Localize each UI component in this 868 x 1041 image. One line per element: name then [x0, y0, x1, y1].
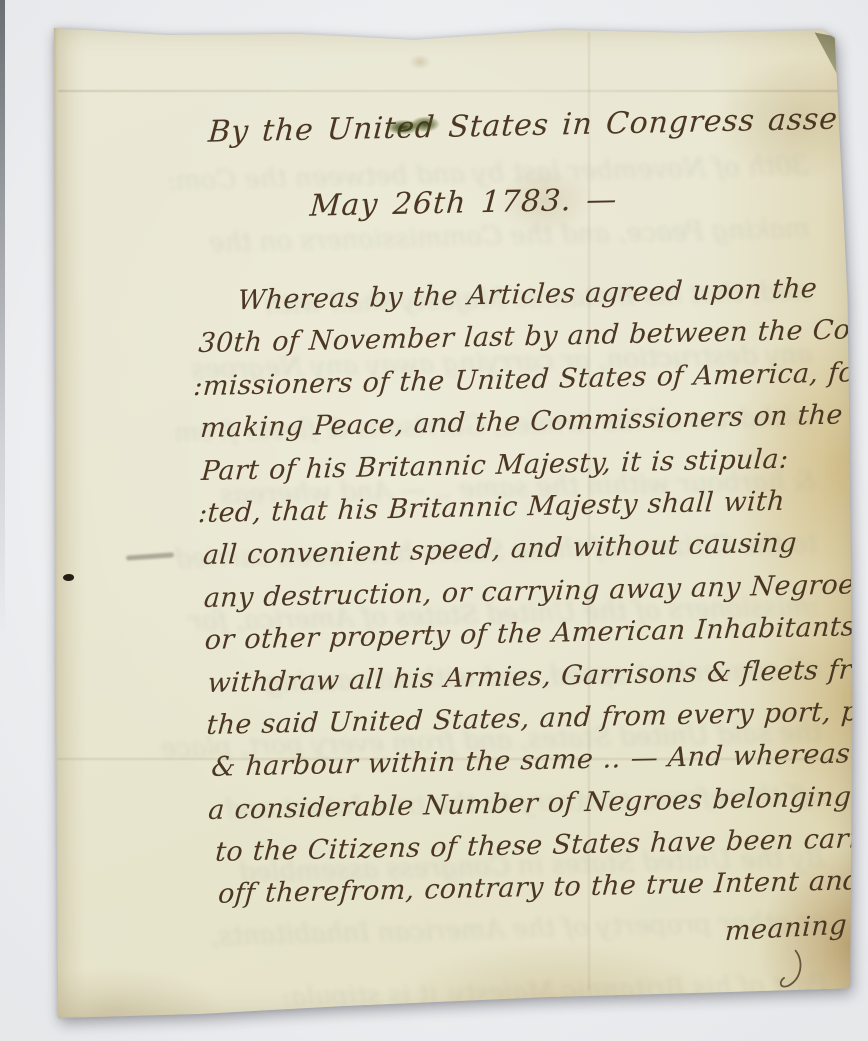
- document-heading: By the United States in Congress assembl…: [207, 100, 868, 150]
- flourish-mark: [773, 948, 810, 993]
- ink-blot: [386, 116, 440, 137]
- ink-spot: [63, 574, 74, 581]
- manuscript-text: By the United States in Congress assembl…: [54, 9, 868, 1020]
- catchword: meaning: [724, 909, 848, 947]
- manuscript-page: 30th of November last by and between the…: [54, 26, 854, 1020]
- document-date: May 26th 1783. —: [309, 182, 619, 223]
- photo-left-edge-shadow: [0, 0, 5, 640]
- document-body: Whereas by the Articles agreed upon the …: [195, 267, 868, 917]
- manuscript-page-wrapper: 30th of November last by and between the…: [54, 26, 854, 1020]
